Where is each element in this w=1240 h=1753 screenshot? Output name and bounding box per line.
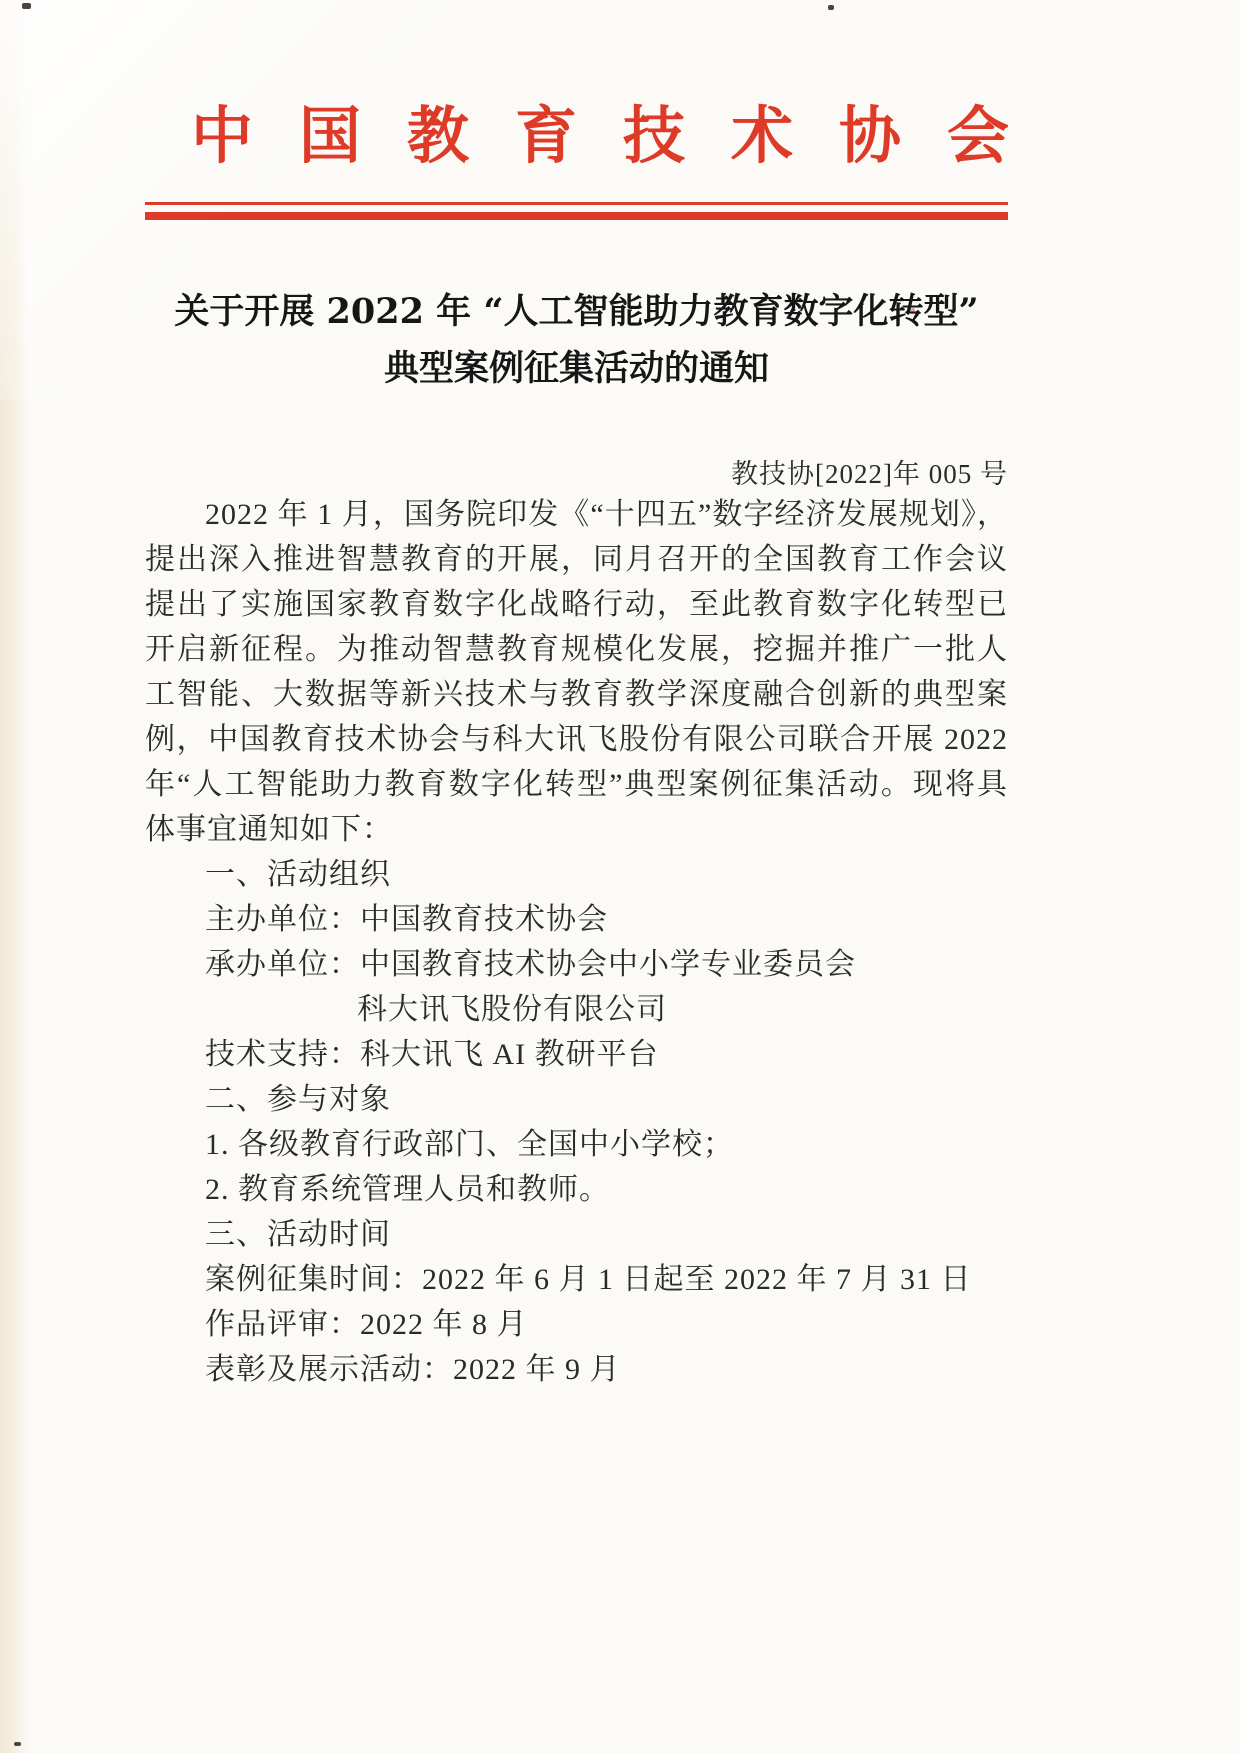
body-line: 2. 教育系统管理人员和教师。 [145, 1167, 1008, 1212]
body-line: 主办单位：中国教育技术协会 [145, 897, 1008, 942]
document-body: 2022 年 1 月，国务院印发《“十四五”数字经济发展规划》，提出深入推进智慧… [145, 492, 1008, 1392]
body-line: 二、参与对象 [145, 1077, 1008, 1122]
body-line: 案例征集时间：2022 年 6 月 1 日起至 2022 年 7 月 31 日 [145, 1257, 1008, 1302]
document-title-line2: 典型案例征集活动的通知 [145, 340, 1008, 397]
document-number: 教技协[2022]年 005 号 [145, 452, 1008, 491]
body-line: 表彰及展示活动：2022 年 9 月 [145, 1347, 1008, 1392]
letterhead-rule-thin [145, 202, 1008, 205]
document-title-line1: 关于开展 2022 年 “人工智能助力教育数字化转型” [145, 283, 1008, 340]
body-line: 一、活动组织 [145, 852, 1008, 897]
body-line: 科大讯飞股份有限公司 [145, 987, 1008, 1032]
scan-artifact [14, 1742, 21, 1746]
body-lines: 一、活动组织主办单位：中国教育技术协会承办单位：中国教育技术协会中小学专业委员会… [145, 852, 1008, 1392]
body-line: 三、活动时间 [145, 1212, 1008, 1257]
scanner-edge-strip [0, 0, 28, 1753]
body-line: 作品评审：2022 年 8 月 [145, 1302, 1008, 1347]
letterhead: 中国教育技术协会 [145, 86, 1008, 175]
body-line: 承办单位：中国教育技术协会中小学专业委员会 [145, 942, 1008, 987]
body-line: 技术支持：科大讯飞 AI 教研平台 [145, 1032, 1008, 1077]
document-title: 关于开展 2022 年 “人工智能助力教育数字化转型” 典型案例征集活动的通知 [145, 283, 1008, 397]
letterhead-org-name: 中国教育技术协会 [145, 86, 1008, 175]
letterhead-rule-thick [145, 212, 1008, 220]
body-line: 1. 各级教育行政部门、全国中小学校； [145, 1122, 1008, 1167]
scan-artifact [22, 3, 31, 9]
intro-paragraph: 2022 年 1 月，国务院印发《“十四五”数字经济发展规划》，提出深入推进智慧… [145, 492, 1008, 852]
scan-artifact [828, 5, 834, 10]
